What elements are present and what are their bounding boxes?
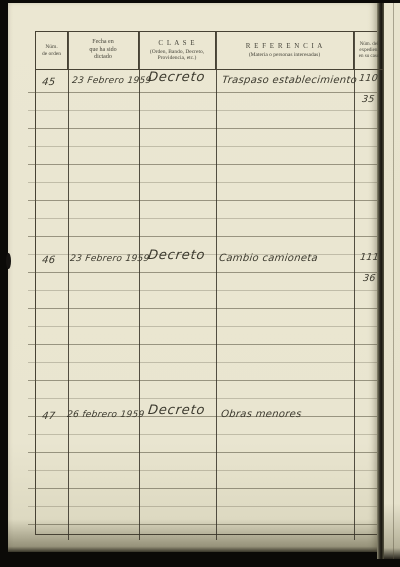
- header-num-expediente: Núm. del expedien. en su caso: [354, 32, 384, 69]
- header-clase-sub: (Orden, Bando, Decreto, Providencia, etc…: [150, 49, 204, 62]
- scan-edge: [0, 559, 400, 567]
- entry-referencia: Traspaso establecimiento: [221, 75, 357, 86]
- entry-num: 45: [41, 77, 56, 88]
- entry-expediente-num: 110: [358, 73, 378, 84]
- header-referencia-title: R E F E R E N C I A: [246, 42, 324, 51]
- table-header-row: Núm. de orden Fecha en que ha sido dicta…: [36, 32, 384, 70]
- entry-fecha: 23 Febrero 1959: [69, 254, 150, 264]
- header-referencia-sub: (Materia o personas interesadas): [249, 52, 320, 59]
- next-page-edge: [384, 2, 400, 559]
- scan-smudge: [6, 253, 11, 269]
- next-page-margin-line: [393, 2, 394, 559]
- entry-num: 46: [41, 255, 56, 266]
- entry-referencia: Obras menores: [220, 409, 302, 420]
- ledger-page: Núm. de orden Fecha en que ha sido dicta…: [8, 3, 377, 552]
- entry-expediente-num: 111: [359, 252, 379, 263]
- column-divider: [216, 32, 217, 540]
- column-divider: [354, 32, 355, 540]
- book-gutter-shadow: [377, 0, 384, 562]
- entry-expediente-sub: 36: [362, 273, 376, 284]
- entry-clase: Decreto: [147, 248, 206, 263]
- entry-referencia: Cambio camioneta: [218, 253, 318, 264]
- registry-table: Núm. de orden Fecha en que ha sido dicta…: [35, 31, 385, 535]
- header-referencia: R E F E R E N C I A (Materia o personas …: [216, 32, 354, 69]
- entry-fecha: 23 Febrero 1959: [71, 76, 152, 86]
- entry-clase: Decreto: [147, 403, 206, 418]
- scan-edge: [0, 0, 8, 567]
- scanned-page: Núm. de orden Fecha en que ha sido dicta…: [0, 0, 400, 567]
- entry-num: 47: [41, 411, 56, 422]
- entry-clase: Decreto: [147, 70, 206, 85]
- column-divider: [68, 32, 69, 540]
- header-fecha: Fecha en que ha sido dictado: [68, 32, 139, 69]
- header-num-orden: Núm. de orden: [36, 32, 68, 69]
- header-clase: C L A S E (Orden, Bando, Decreto, Provid…: [139, 32, 216, 69]
- entry-fecha: 26 febrero 1959: [66, 410, 145, 420]
- entry-expediente-sub: 35: [361, 94, 375, 105]
- scan-edge: [0, 0, 400, 3]
- column-divider: [139, 32, 140, 540]
- header-clase-title: C L A S E: [158, 39, 195, 48]
- ruled-lines: [28, 70, 384, 534]
